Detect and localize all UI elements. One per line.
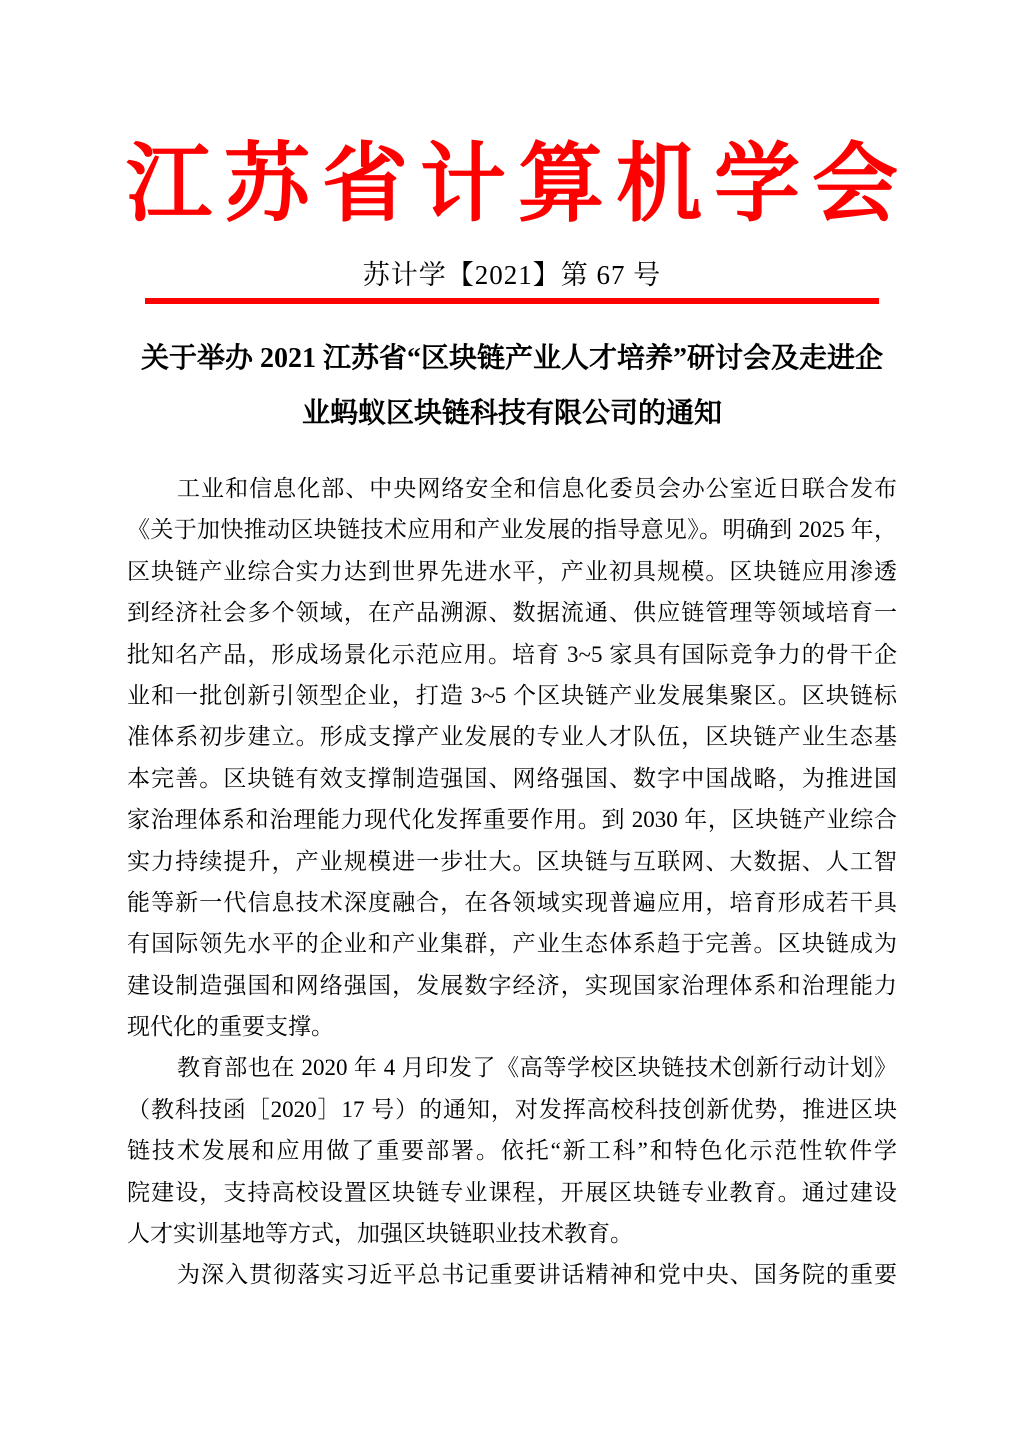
document-body: 工业和信息化部、中央网络安全和信息化委员会办公室近日联合发布《关于加快推动区块链…	[127, 468, 897, 1296]
body-text-line: 本完善。区块链有效支撑制造强国、网络强国、数字中国战略，为推进国	[127, 758, 897, 799]
red-divider-line	[145, 298, 879, 304]
body-text-line: 链技术发展和应用做了重要部署。依托“新工科”和特色化示范性软件学	[127, 1130, 897, 1171]
body-text-line: 准体系初步建立。形成支撑产业发展的专业人才队伍，区块链产业生态基	[127, 716, 897, 757]
body-text-line: 业和一批创新引领型企业，打造 3~5 个区块链产业发展集聚区。区块链标	[127, 675, 897, 716]
body-text-line: 工业和信息化部、中央网络安全和信息化委员会办公室近日联合发布	[127, 468, 897, 509]
notice-title-line-1: 关于举办 2021 江苏省“区块链产业人才培养”研讨会及走进企	[0, 331, 1024, 386]
body-text-line: 《关于加快推动区块链技术应用和产业发展的指导意见》。明确到 2025 年，	[127, 509, 897, 550]
body-text-line: 现代化的重要支撑。	[127, 1006, 897, 1047]
body-text-line: 实力持续提升，产业规模进一步壮大。区块链与互联网、大数据、人工智	[127, 841, 897, 882]
body-text-line: 教育部也在 2020 年 4 月印发了《高等学校区块链技术创新行动计划》	[127, 1047, 897, 1088]
body-text-line: 人才实训基地等方式，加强区块链职业技术教育。	[127, 1213, 897, 1254]
document-page: 江苏省计算机学会 苏计学【2021】第 67 号 关于举办 2021 江苏省“区…	[0, 0, 1024, 1447]
notice-title: 关于举办 2021 江苏省“区块链产业人才培养”研讨会及走进企 业蚂蚁区块链科技…	[0, 331, 1024, 441]
notice-title-line-2: 业蚂蚁区块链科技有限公司的通知	[0, 386, 1024, 441]
body-text-line: 能等新一代信息技术深度融合，在各领域实现普遍应用，培育形成若干具	[127, 882, 897, 923]
body-text-line: 建设制造强国和网络强国，发展数字经济，实现国家治理体系和治理能力	[127, 965, 897, 1006]
body-text-line: 到经济社会多个领域，在产品溯源、数据流通、供应链管理等领域培育一	[127, 592, 897, 633]
body-text-line: （教科技函［2020］17 号）的通知，对发挥高校科技创新优势，推进区块	[127, 1089, 897, 1130]
body-text-line: 有国际领先水平的企业和产业集群，产业生态体系趋于完善。区块链成为	[127, 923, 897, 964]
body-text-line: 为深入贯彻落实习近平总书记重要讲话精神和党中央、国务院的重要	[127, 1254, 897, 1295]
body-text-line: 院建设，支持高校设置区块链专业课程，开展区块链专业教育。通过建设	[127, 1172, 897, 1213]
body-text-line: 批知名产品，形成场景化示范应用。培育 3~5 家具有国际竞争力的骨干企	[127, 634, 897, 675]
body-text-line: 家治理体系和治理能力现代化发挥重要作用。到 2030 年，区块链产业综合	[127, 799, 897, 840]
doc-number: 苏计学【2021】第 67 号	[0, 255, 1024, 295]
org-title: 江苏省计算机学会	[0, 134, 1024, 234]
body-text-line: 区块链产业综合实力达到世界先进水平，产业初具规模。区块链应用渗透	[127, 551, 897, 592]
